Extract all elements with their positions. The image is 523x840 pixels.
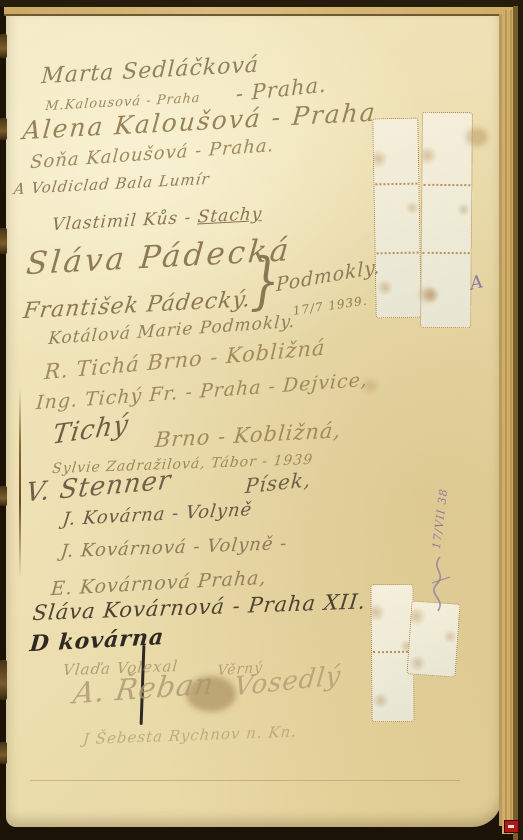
tape-perforation bbox=[375, 183, 417, 186]
tape-perforation bbox=[373, 651, 412, 653]
signature-vlastimil-kus-place: Stachy bbox=[197, 204, 263, 228]
tape-residue bbox=[372, 118, 421, 319]
top-edge-line bbox=[4, 14, 516, 16]
color-reference-marker bbox=[504, 820, 519, 833]
right-page-stack bbox=[502, 10, 513, 834]
tape-perforation bbox=[376, 252, 418, 255]
binding-stub bbox=[0, 34, 7, 58]
stain bbox=[466, 128, 488, 146]
tape-perforation bbox=[423, 252, 470, 254]
binding-stub bbox=[0, 486, 7, 506]
binding-stub bbox=[0, 742, 7, 764]
tape-perforation bbox=[423, 184, 470, 186]
top-edge-shadow bbox=[0, 0, 523, 7]
right-background bbox=[518, 0, 523, 840]
binding-stub bbox=[0, 660, 7, 700]
margin-scribble bbox=[426, 555, 456, 615]
marker-white-bar bbox=[508, 825, 514, 828]
stain bbox=[420, 288, 436, 302]
guestbook-scan: Marta Sedláčková - Praha. M.Kalousová - … bbox=[0, 0, 523, 840]
left-crease bbox=[19, 388, 21, 578]
top-page-edge bbox=[4, 7, 516, 14]
binding-stub bbox=[0, 118, 7, 140]
bottom-crease bbox=[30, 780, 460, 781]
binding-stub bbox=[0, 228, 7, 254]
